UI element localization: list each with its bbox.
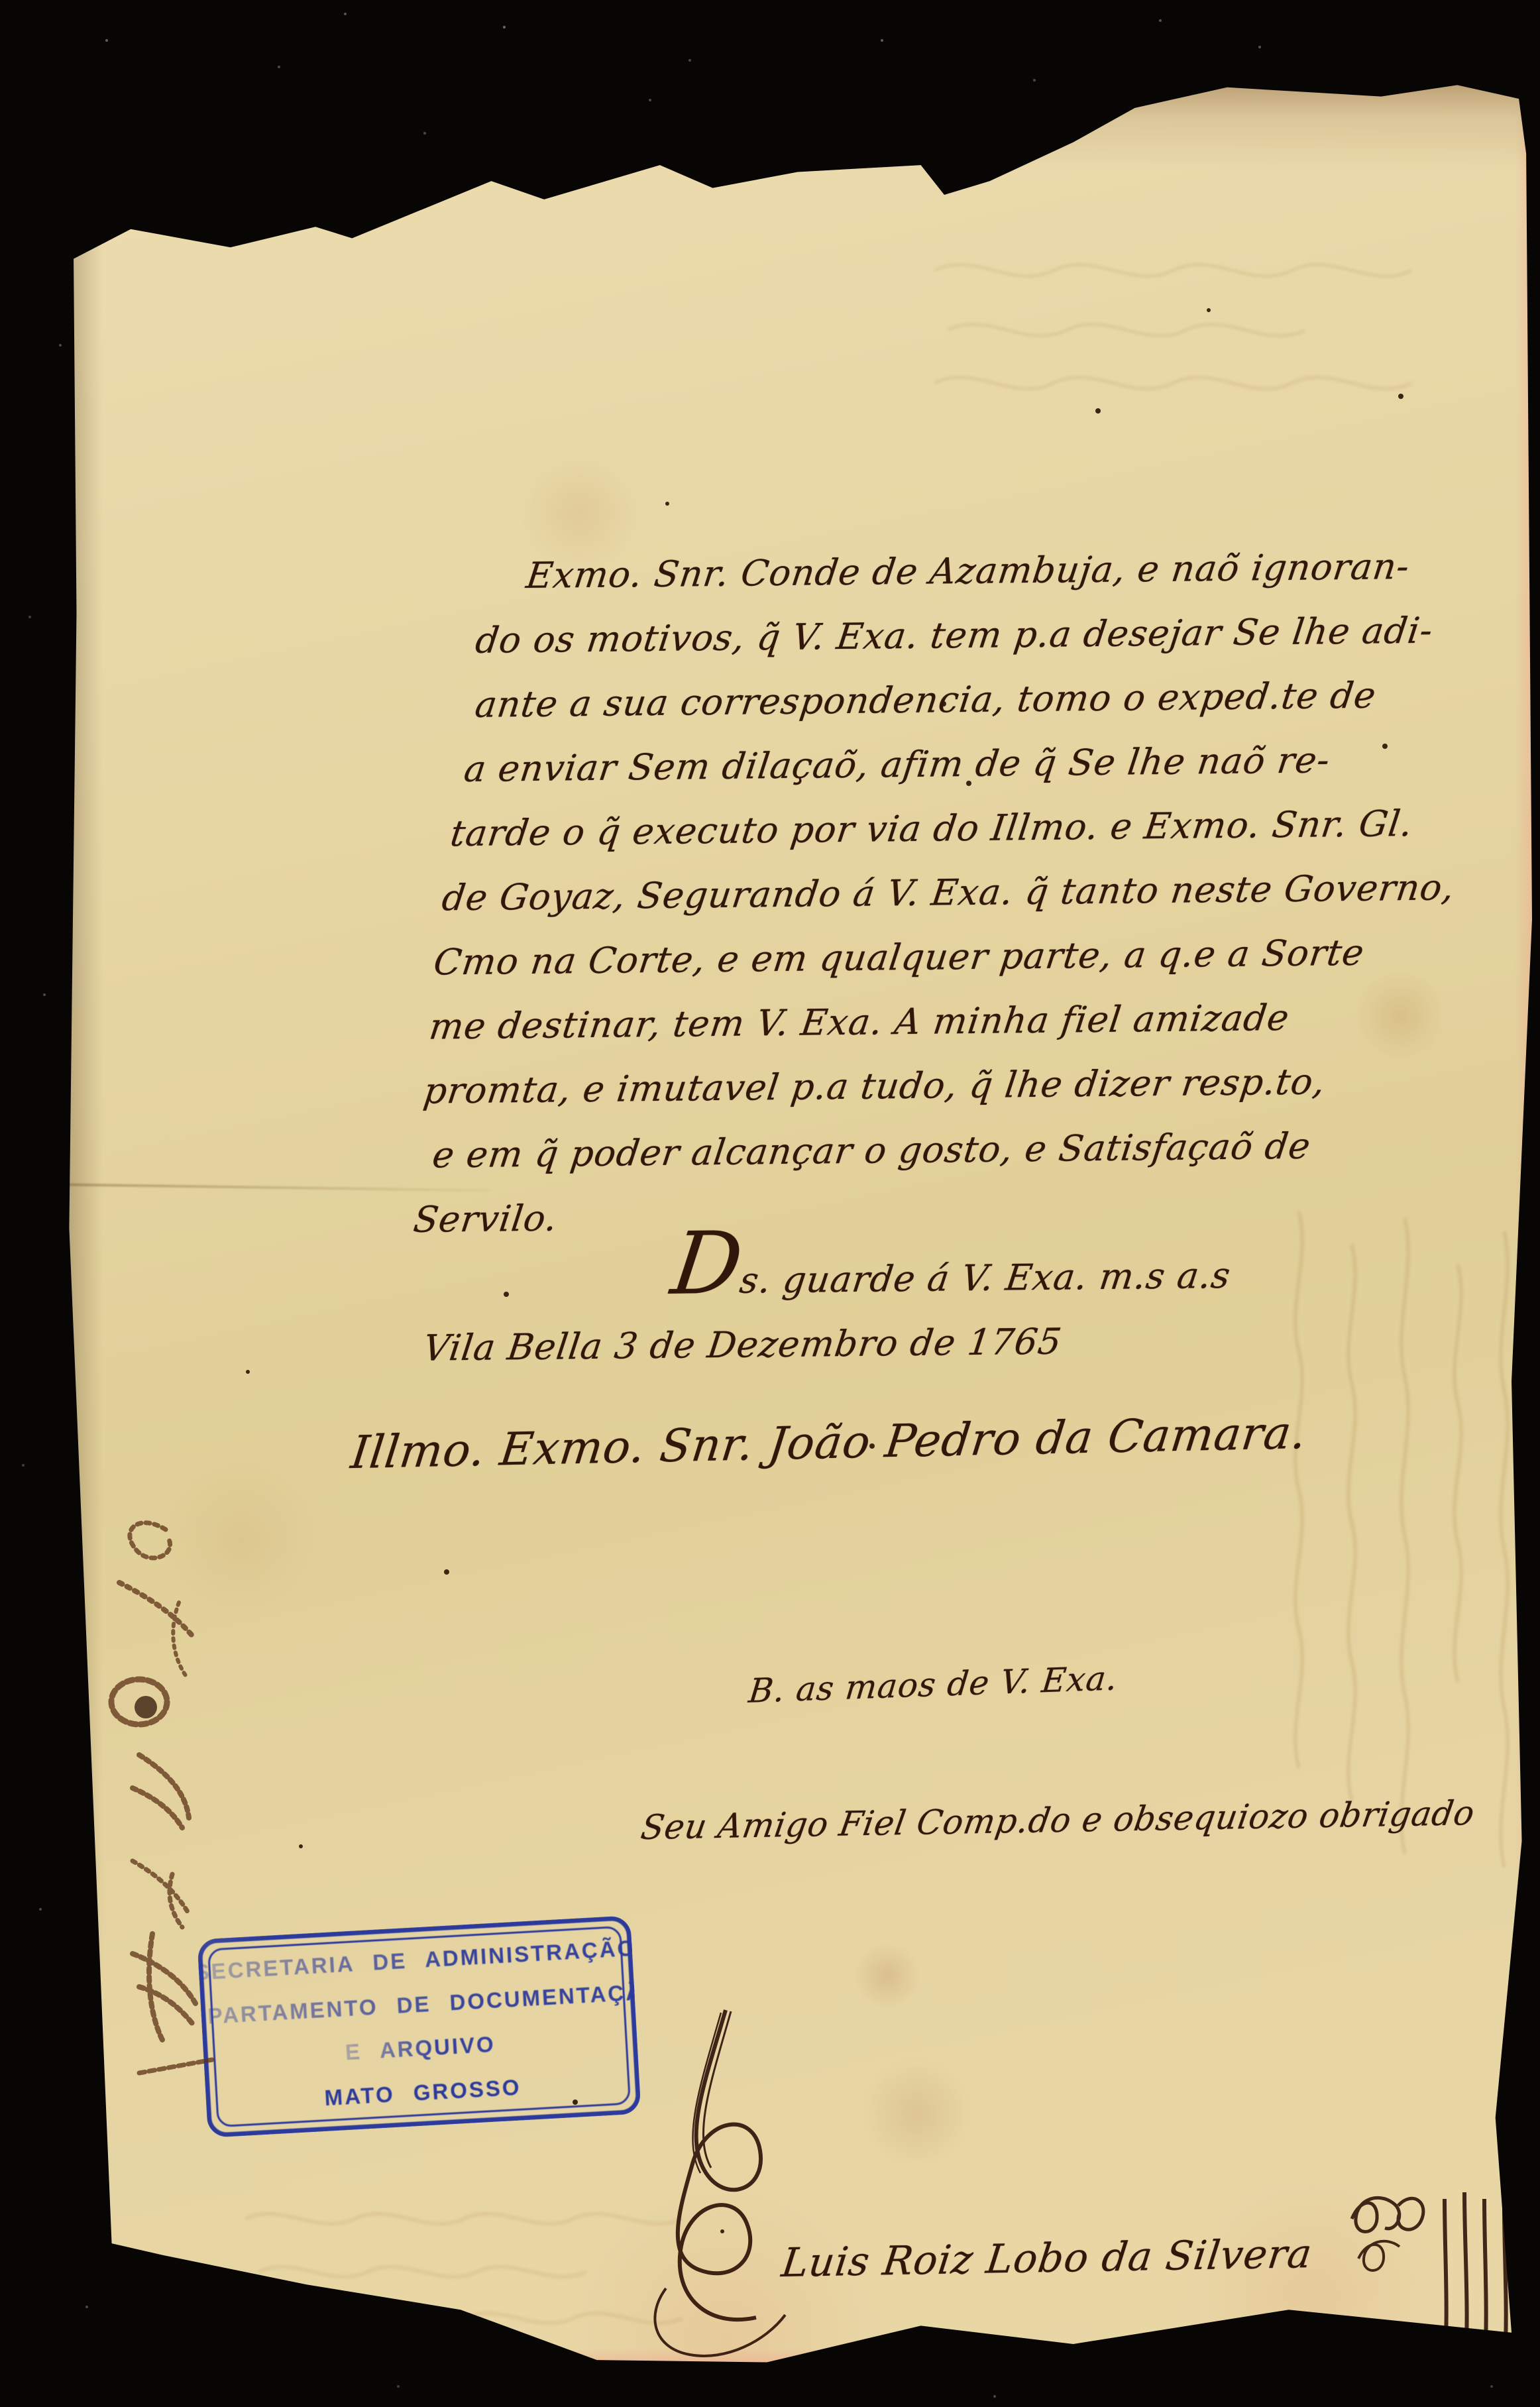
letter-line: promta, e imutavel p.a tudo, q̃ lhe dize… <box>420 1048 1496 1123</box>
letter-line: Exmo. Snr. Conde de Azambuja, e naõ igno… <box>522 533 1540 608</box>
letter-line: Servilo. <box>410 1176 1478 1252</box>
stamp-line: SECRETARIA DE ADMINISTRAÇÃO <box>194 1936 637 1986</box>
valediction-line: Ds. guarde á V. Exa. m.s a.s <box>667 1241 1470 1314</box>
letter-line: Cmo na Corte, e em qualquer parte, a q.e… <box>430 919 1512 994</box>
salute-line: B. as maos de V. Exa. <box>747 1659 1120 1710</box>
signature-monogram-flourish <box>626 2003 825 2375</box>
letter-line: do os motivos, q̃ V. Exa. tem p.a deseja… <box>472 597 1540 673</box>
margin-annotation-ink <box>40 1503 225 2099</box>
letter-line: ante a sua correspondencia, tomo o exped… <box>471 661 1540 737</box>
archive-stamp: SECRETARIA DE ADMINISTRAÇÃO DEPARTAMENTO… <box>197 1915 641 2138</box>
letter-line: e em q̃ poder alcançar o gosto, e Satisf… <box>429 1112 1487 1188</box>
letter-line: tarde o q̃ executo por via do Illmo. e E… <box>447 790 1529 866</box>
letter-line: a enviar Sem dilaçaõ, afim de q̃ Se lhe … <box>461 726 1537 801</box>
date-line: Vila Bella 3 de Dezembro de 1765 <box>419 1305 1462 1380</box>
signature: Luis Roiz Lobo da Silvera <box>779 2231 1315 2286</box>
stamp-line: E ARQUIVO <box>345 2032 496 2066</box>
letter-line: me destinar, tem V. Exa. A minha fiel am… <box>425 983 1504 1059</box>
recipient-address-line: Illmo. Exmo. Snr. João Pedro da Camara. <box>348 1407 1309 1479</box>
compliment-line: Seu Amigo Fiel Comp.do e obsequiozo obri… <box>638 1794 1478 1848</box>
signature-end-flourish <box>1345 2179 1537 2404</box>
manuscript-sheet: Exmo. Snr. Conde de Azambuja, e naõ igno… <box>66 78 1532 2365</box>
show-through-ink-top <box>928 231 1498 416</box>
ink-specks <box>66 78 69 81</box>
stamp-line: MATO GROSSO <box>324 2074 522 2111</box>
letter-body: Exmo. Snr. Conde de Azambuja, e naõ igno… <box>380 533 1540 1381</box>
letter-line: de Goyaz, Segurando á V. Exa. q̃ tanto n… <box>438 854 1520 930</box>
dust-specks <box>0 0 1 1</box>
stamp-line: DEPARTAMENTO DE DOCUMENTAÇÃO <box>173 1978 663 2031</box>
photographed-document-scene: Exmo. Snr. Conde de Azambuja, e naõ igno… <box>0 0 1540 2407</box>
show-through-ink-bottom <box>239 2186 716 2331</box>
